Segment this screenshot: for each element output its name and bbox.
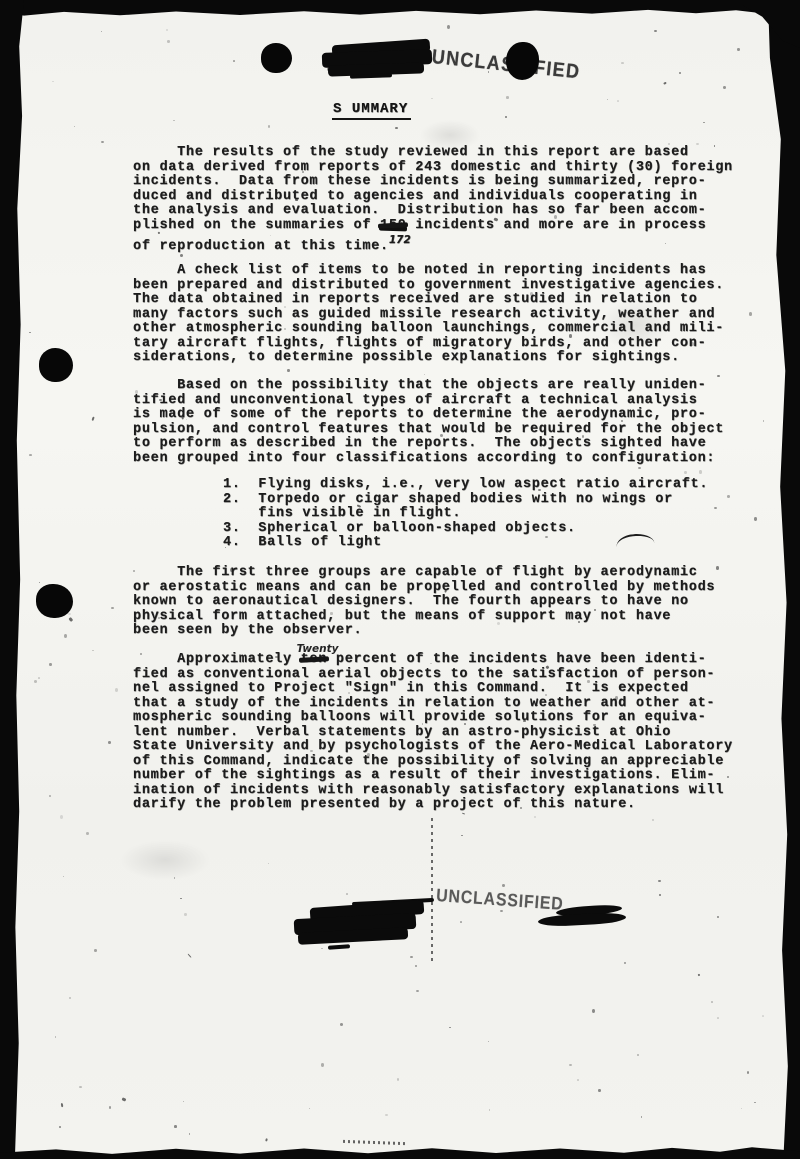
scan-edge-left [0,0,24,1159]
summary-heading: S UMMARY [332,101,411,120]
struck-word: tenTwenty [301,653,327,668]
ink-blot [506,42,539,80]
scanned-document-page: UNCLASSIFIED S UMMARY The results of the… [0,0,800,1159]
handwritten-superscript: 172 [389,234,411,246]
paper-smudge [120,840,210,880]
handwritten-correction: Twenty [297,642,339,657]
redaction-bar-bottom-right [538,904,628,932]
paragraph-5-text: Approximately [133,652,301,667]
paragraph-5-text: percent of the incidents have been ident… [133,652,733,812]
ink-blot [261,43,292,73]
scan-edge-bottom [0,1144,800,1159]
scan-edge-right [768,0,800,1159]
paragraph-2: A check list of items to be noted in rep… [133,264,724,366]
paragraph-5: Approximately tenTwenty percent of the i… [133,653,733,813]
paragraph-4: The first three groups are capable of fl… [133,566,715,639]
redaction-bar-bottom-left [292,898,438,952]
ink-blot [39,348,73,382]
ink-blot [36,584,73,618]
dotted-artifact [343,1140,405,1145]
paragraph-3: Based on the possibility that the object… [133,379,724,466]
paragraph-1: The results of the study reviewed in thi… [133,146,733,255]
scan-edge-top [0,0,800,17]
redaction-bar-top [320,40,438,80]
struck-number: 150 [380,219,406,234]
